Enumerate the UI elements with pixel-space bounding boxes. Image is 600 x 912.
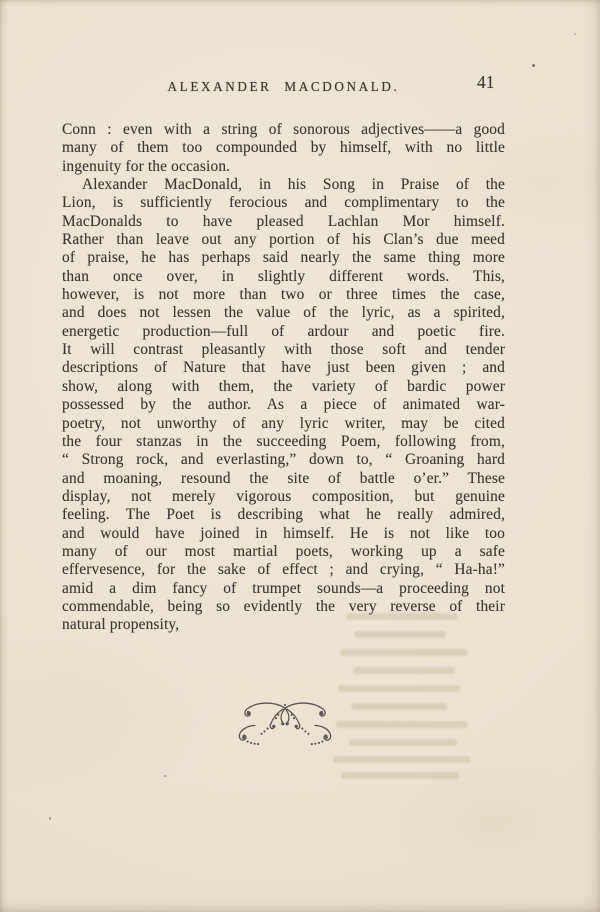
text-line: and does not lessen the value of the lyr… bbox=[62, 304, 505, 322]
ghost-line bbox=[349, 739, 457, 746]
text-line: MacDonalds to have pleased Lachlan Mor h… bbox=[62, 213, 505, 231]
text-line: natural propensity, bbox=[62, 616, 505, 634]
paper-speck bbox=[49, 817, 51, 820]
text-line: many of our most martial poets, working … bbox=[62, 543, 505, 561]
text-line: ingenuity for the occasion. bbox=[62, 158, 505, 176]
text-line: however, is not more than two or three t… bbox=[62, 286, 505, 304]
text-line: It will contrast pleasantly with those s… bbox=[62, 341, 505, 359]
text-line: poetry, not unworthy of any lyric writer… bbox=[62, 415, 505, 433]
ghost-line bbox=[338, 685, 460, 692]
ghost-line bbox=[333, 756, 471, 763]
text-line: descriptions of Nature that have just be… bbox=[62, 359, 505, 377]
paper-speck bbox=[532, 64, 535, 67]
paper-speck bbox=[574, 33, 576, 35]
text-line: of praise, he has perhaps said nearly th… bbox=[62, 249, 505, 267]
ghost-line bbox=[336, 721, 468, 728]
ghost-line bbox=[353, 667, 455, 674]
text-line: and would have joined in himself. He is … bbox=[62, 525, 505, 543]
paper-speck bbox=[164, 775, 166, 777]
text-line: show, along with them, the variety of ba… bbox=[62, 378, 505, 396]
book-page: ALEXANDER MACDONALD. 41 Conn : even with… bbox=[0, 0, 600, 912]
text-line: commendable, being so evidently the very… bbox=[62, 598, 505, 616]
text-line: energetic production—full of ardour and … bbox=[62, 323, 505, 341]
text-line: Lion, is sufficiently ferocious and comp… bbox=[62, 194, 505, 212]
text-line: effervesence, for the sake of effect ; a… bbox=[62, 561, 505, 579]
tailpiece-ornament-icon bbox=[229, 699, 341, 749]
text-line: many of them too compounded by himself, … bbox=[62, 139, 505, 157]
text-line: than once over, in slightly different wo… bbox=[62, 268, 505, 286]
text-line: feeling. The Poet is describing what he … bbox=[62, 506, 505, 524]
text-line: Conn : even with a string of sonorous ad… bbox=[62, 121, 505, 139]
body-text: Conn : even with a string of sonorous ad… bbox=[62, 121, 505, 635]
text-line: and moaning, resound the site of battle … bbox=[62, 470, 505, 488]
text-line: Rather than leave out any portion of his… bbox=[62, 231, 505, 249]
running-header: ALEXANDER MACDONALD. bbox=[62, 79, 505, 95]
ghost-line bbox=[351, 703, 447, 710]
page-number: 41 bbox=[477, 72, 495, 93]
text-line: amid a dim fancy of trumpet sounds—a pro… bbox=[62, 580, 505, 598]
ghost-line bbox=[341, 772, 459, 779]
text-line: possessed by the author. As a piece of a… bbox=[62, 396, 505, 414]
ghost-line bbox=[340, 649, 468, 656]
text-line: the four stanzas in the succeeding Poem,… bbox=[62, 433, 505, 451]
text-line: Alexander MacDonald, in his Song in Prai… bbox=[62, 176, 505, 194]
text-line: “ Strong rock, and everlasting,” down to… bbox=[62, 451, 505, 469]
text-line: display, not merely vigorous composition… bbox=[62, 488, 505, 506]
